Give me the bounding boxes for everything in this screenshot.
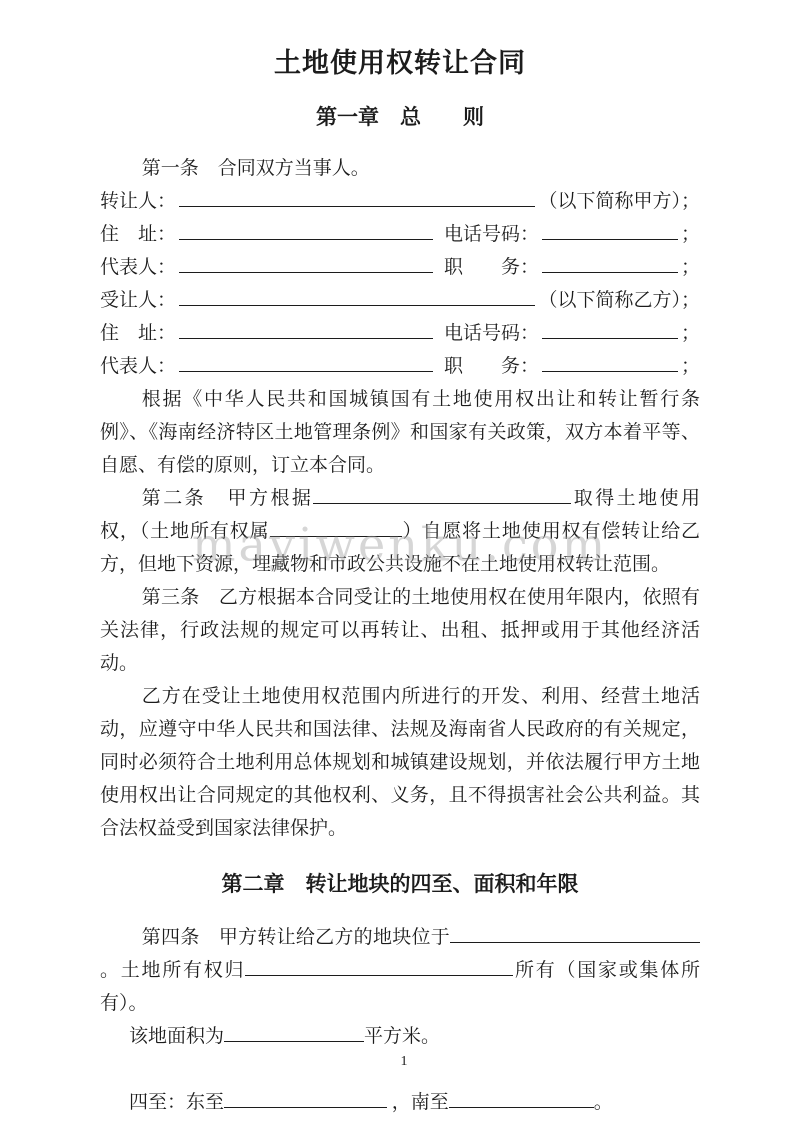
blank-field[interactable] xyxy=(179,187,535,207)
blank-field[interactable] xyxy=(313,490,571,504)
field-suffix: ； xyxy=(681,317,700,350)
form-row-transferee: 受让人： （以下简称乙方）； xyxy=(100,284,700,317)
form-row-representative-b: 代表人： 职 务： ； xyxy=(100,350,700,383)
paragraph-text: 第二条 甲方根据 xyxy=(142,488,314,509)
field-suffix: ； xyxy=(681,350,700,383)
blank-field[interactable] xyxy=(179,253,433,273)
field-label: 住 址： xyxy=(100,218,176,251)
form-row-transferor: 转让人： （以下简称甲方）； xyxy=(100,185,700,218)
field-label: 电话号码： xyxy=(444,218,539,251)
blank-field[interactable] xyxy=(542,319,678,339)
blank-field[interactable] xyxy=(270,523,402,537)
field-label: 代表人： xyxy=(100,251,176,284)
paragraph-text: 平方米。 xyxy=(364,1026,440,1047)
field-suffix: （以下简称乙方）； xyxy=(538,284,700,317)
blank-field[interactable] xyxy=(542,352,678,372)
field-label: 受让人： xyxy=(100,284,176,317)
blank-field[interactable] xyxy=(449,1094,594,1108)
page-number: 1 xyxy=(0,1054,800,1070)
paragraph-text: 。 xyxy=(594,1092,613,1113)
field-suffix: ； xyxy=(681,218,700,251)
blank-field[interactable] xyxy=(179,286,535,306)
clause-3-paragraph: 第三条 乙方根据本合同受让的土地使用权在使用年限内，依照有关法律，行政法规的规定… xyxy=(100,581,700,680)
field-label: 转让人： xyxy=(100,185,176,218)
paragraph-text: 第四条 甲方转让给乙方的地块位于 xyxy=(142,927,450,948)
blank-field[interactable] xyxy=(224,1094,387,1108)
field-label: 代表人： xyxy=(100,350,176,383)
paragraph-text: 。土地所有权归 xyxy=(100,960,245,981)
document-page: mayiwenku.com 土地使用权转让合同 第一章 总 则 第一条 合同双方… xyxy=(0,0,800,1132)
obligations-paragraph: 乙方在受让土地使用权范围内所进行的开发、利用、经营土地活动，应遵守中华人民共和国… xyxy=(100,680,700,845)
paragraph-text: 该地面积为 xyxy=(129,1026,224,1047)
area-line: 该地面积为平方米。 xyxy=(100,1020,700,1053)
form-row-address-b: 住 址： 电话号码： ； xyxy=(100,317,700,350)
form-row-representative-a: 代表人： 职 务： ； xyxy=(100,251,700,284)
blank-field[interactable] xyxy=(542,253,678,273)
paragraph-text: ，南至 xyxy=(387,1092,449,1113)
clause-4-paragraph: 第四条 甲方转让给乙方的地块位于。土地所有权归所有（国家或集体所有）。 xyxy=(100,921,700,1020)
field-label: 住 址： xyxy=(100,317,176,350)
form-row-address-a: 住 址： 电话号码： ； xyxy=(100,218,700,251)
field-label: 职 务： xyxy=(444,350,539,383)
field-label: 职 务： xyxy=(444,251,539,284)
bounds-line: 四至：东至 ，南至。 xyxy=(100,1086,700,1119)
blank-field[interactable] xyxy=(179,319,433,339)
paragraph-text: 四至：东至 xyxy=(129,1092,224,1113)
blank-field[interactable] xyxy=(245,962,513,976)
field-suffix: ； xyxy=(681,251,700,284)
blank-field[interactable] xyxy=(450,929,700,943)
blank-field[interactable] xyxy=(542,220,678,240)
field-suffix: （以下简称甲方）； xyxy=(538,185,700,218)
basis-paragraph: 根据《中华人民共和国城镇国有土地使用权出让和转让暂行条例》、《海南经济特区土地管… xyxy=(100,383,700,482)
chapter-2-heading: 第二章 转让地块的四至、面积和年限 xyxy=(100,869,700,901)
field-label: 电话号码： xyxy=(444,317,539,350)
clause-1-paragraph: 第一条 合同双方当事人。 xyxy=(100,152,700,185)
blank-field[interactable] xyxy=(224,1028,364,1042)
blank-field[interactable] xyxy=(179,352,433,372)
blank-field[interactable] xyxy=(179,220,433,240)
chapter-1-heading: 第一章 总 则 xyxy=(100,102,700,134)
document-title: 土地使用权转让合同 xyxy=(100,0,700,82)
clause-2-paragraph: 第二条 甲方根据取得土地使用权，（土地所有权属）自愿将土地使用权有偿转让给乙方，… xyxy=(100,482,700,581)
